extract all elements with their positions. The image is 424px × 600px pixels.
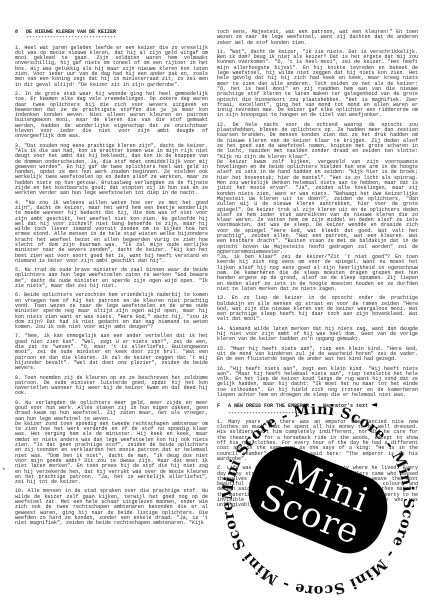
page-number: 8 (15, 30, 26, 35)
paragraph: 7. "Nee, ik kan onmogelijk aan een ander… (15, 334, 208, 371)
paragraph: 14. Niemand wilde laten merken dat hij n… (217, 327, 418, 343)
paragraph: toch eens, Majesteit, wat een patroon, w… (217, 30, 418, 46)
paragraph: 4. "Nu zou ik weleens willen weten hoe v… (15, 201, 208, 265)
dutch-right-paragraphs: toch eens, Majesteit, wat een patroon, w… (217, 30, 418, 398)
dutch-title-underline: ------------------------------ (26, 35, 208, 40)
left-column: 8DE NIEUWE KLEREN VAN DE KEIZER --------… (15, 30, 208, 531)
paragraph: 3. "Dat zouden nog eens prachtige kleren… (15, 144, 208, 197)
paragraph: 5. Nu trad de oude brave minister de zaa… (15, 268, 208, 289)
paragraph: 2. In de grote stad waar hij woonde ging… (15, 92, 208, 140)
paragraph: 8. Toen noemden zij de kleuren op en ze … (15, 376, 208, 397)
dutch-left-paragraphs: 1. Heel wat jaren geleden leefde er een … (15, 46, 208, 527)
paragraph: 13. En zo liep de keizer in de optocht o… (217, 296, 418, 322)
stamp-capsule: Mini Score (238, 437, 398, 564)
margin-asterisk-mark: * (2, 468, 6, 473)
paragraph: 6. Beide oplichters verzochten hem vrien… (15, 293, 208, 330)
paragraph: 11. "Wat", dacht de keizer, "ik zie niet… (217, 50, 418, 119)
paragraph: 1. Heel wat jaren geleden leefde er een … (15, 46, 208, 88)
paragraph: 10. Alle mensen in de stad spraken over … (15, 489, 208, 526)
mini-score-stamp: Mini Score - Mini Score - Mini Score - M… (222, 404, 414, 596)
paragraph: 9. Nu verlangden de oplichters meer geld… (15, 401, 208, 486)
paragraph: 16. "Hij heeft niets aan", zegt een klei… (217, 367, 418, 399)
book-page: 8DE NIEUWE KLEREN VAN DE KEIZER --------… (0, 0, 424, 600)
paragraph: 12. De hele nacht voor de ochtend waarop… (217, 123, 418, 293)
paragraph: 15. "Maar hij heeft niets aan", riep een… (217, 347, 418, 363)
